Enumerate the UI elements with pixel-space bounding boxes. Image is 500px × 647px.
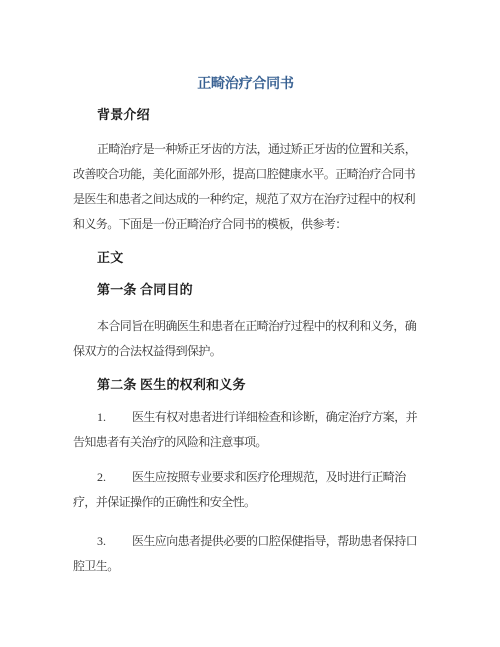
numbered-item-1: 1.医生有权对患者进行详细检查和诊断，确定治疗方案，并告知患者有关治疗的风险和注… (73, 405, 418, 455)
heading-article-2: 第二条 医生的权利和义务 (73, 372, 418, 397)
heading-article-1: 第一条 合同目的 (73, 277, 418, 302)
document-content: 正畸治疗合同书 背景介绍 正畸治疗是一种矫正牙齿的方法，通过矫正牙齿的位置和关系… (0, 0, 500, 579)
item-2-number: 2. (97, 465, 132, 490)
document-title: 正畸治疗合同书 (73, 76, 418, 94)
item-3-number: 3. (97, 529, 132, 554)
numbered-item-2: 2.医生应按照专业要求和医疗伦理规范，及时进行正畸治疗，并保证操作的正确性和安全… (73, 465, 418, 515)
numbered-item-3: 3.医生应向患者提供必要的口腔保健指导，帮助患者保持口腔卫生。 (73, 529, 418, 579)
heading-body: 正文 (73, 245, 418, 270)
item-1-number: 1. (97, 405, 132, 430)
background-paragraph: 正畸治疗是一种矫正牙齿的方法，通过矫正牙齿的位置和关系，改善咬合功能，美化面部外… (73, 137, 418, 237)
article-1-paragraph: 本合同旨在明确医生和患者在正畸治疗过程中的权利和义务，确保双方的合法权益得到保护… (73, 314, 418, 364)
document-page: 正畸治疗合同书 背景介绍 正畸治疗是一种矫正牙齿的方法，通过矫正牙齿的位置和关系… (0, 0, 500, 647)
heading-background: 背景介绍 (73, 102, 418, 127)
